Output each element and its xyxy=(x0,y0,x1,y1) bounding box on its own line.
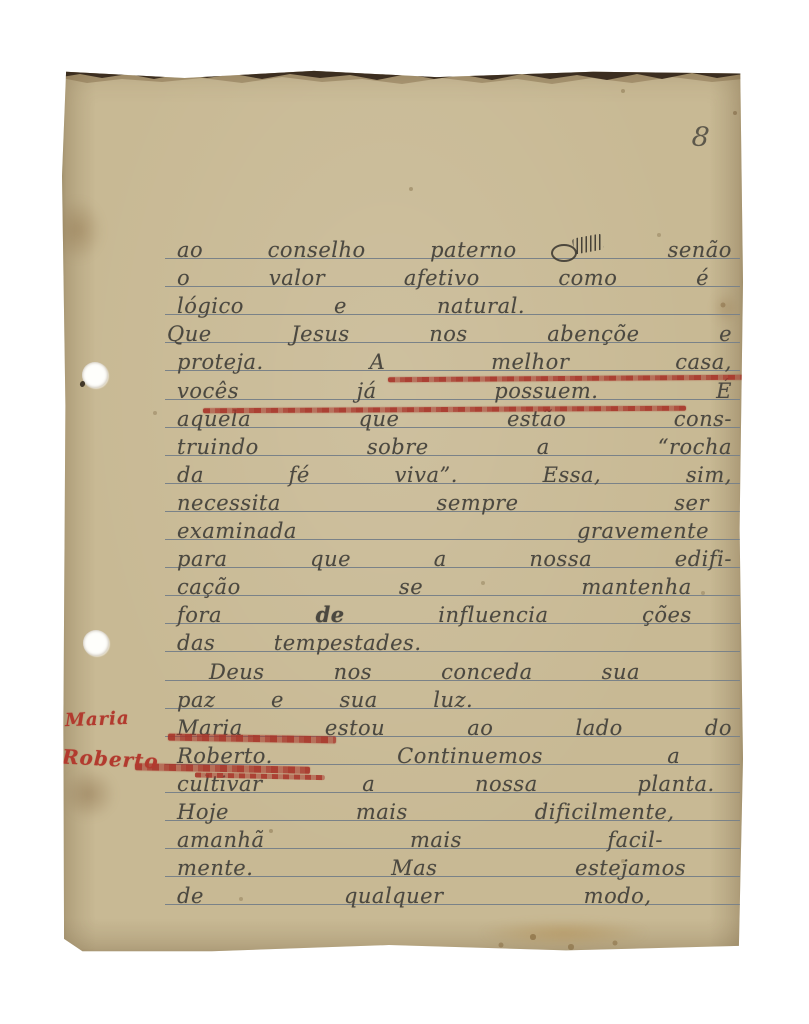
manuscript-line-21: Hojemaisdificilmente, xyxy=(165,793,740,821)
manuscript-line-7: aquelaqueestãocons- xyxy=(165,400,740,428)
manuscript-line-10: necessitasempreser xyxy=(165,484,740,512)
handwritten-word: qualquer xyxy=(344,884,444,908)
manuscript-line-23: mente.Masestejamos xyxy=(165,849,740,877)
manuscript-line-24: dequalquermodo, xyxy=(165,877,740,905)
manuscript-line-22: amanhãmaisfacil- xyxy=(165,821,740,849)
stain xyxy=(52,198,104,262)
ruled-lines-area: aoconselhopaternosenãoovalorafetivocomoé… xyxy=(165,231,740,907)
manuscript-line-11: examinadagravemente xyxy=(165,512,740,540)
manuscript-line-2: ovalorafetivocomoé xyxy=(165,259,740,287)
manuscript-line-9: daféviva”.Essa,sim, xyxy=(165,456,740,484)
manuscript-line-1: aoconselhopaternosenão xyxy=(165,231,740,259)
foxing-speckles xyxy=(62,70,64,72)
photo-background: 8 aoconselhopaternosenãoovalorafetivocom… xyxy=(0,0,809,1024)
manuscript-line-12: paraqueanossaedifi- xyxy=(165,540,740,568)
punch-hole-bottom xyxy=(83,630,109,656)
manuscript-line-8: truindosobrea“rocha xyxy=(165,428,740,456)
margin-note-red: Maria xyxy=(65,708,130,731)
page-number: 8 xyxy=(690,121,710,154)
manuscript-line-13: caçãosemantenha xyxy=(165,568,740,596)
manuscript-line-3: lógicoenatural. xyxy=(165,287,740,315)
stain xyxy=(62,768,116,820)
stain xyxy=(480,920,648,946)
scribble-strikeout-icon xyxy=(551,240,603,260)
manuscript-line-17: pazesualuz. xyxy=(165,681,740,709)
manuscript-line-4: QueJesusnosabençõee xyxy=(165,315,740,343)
punch-hole-top xyxy=(82,362,108,388)
manuscript-line-18: Mariaestouaoladodo xyxy=(165,709,740,737)
manuscript-line-16: Deusnosconcedasua xyxy=(165,652,740,680)
manuscript-page: 8 aoconselhopaternosenãoovalorafetivocom… xyxy=(62,70,743,953)
margin-note-red: Roberto xyxy=(61,744,159,773)
handwritten-word: modo, xyxy=(584,884,652,908)
handwritten-word: de xyxy=(177,884,204,908)
burnt-top-edge xyxy=(62,70,743,86)
manuscript-line-15: dastempestades. xyxy=(165,624,740,652)
manuscript-line-14: foradeinfluenciações xyxy=(165,596,740,624)
manuscript-line-5: proteja.Amelhorcasa, xyxy=(165,343,740,371)
